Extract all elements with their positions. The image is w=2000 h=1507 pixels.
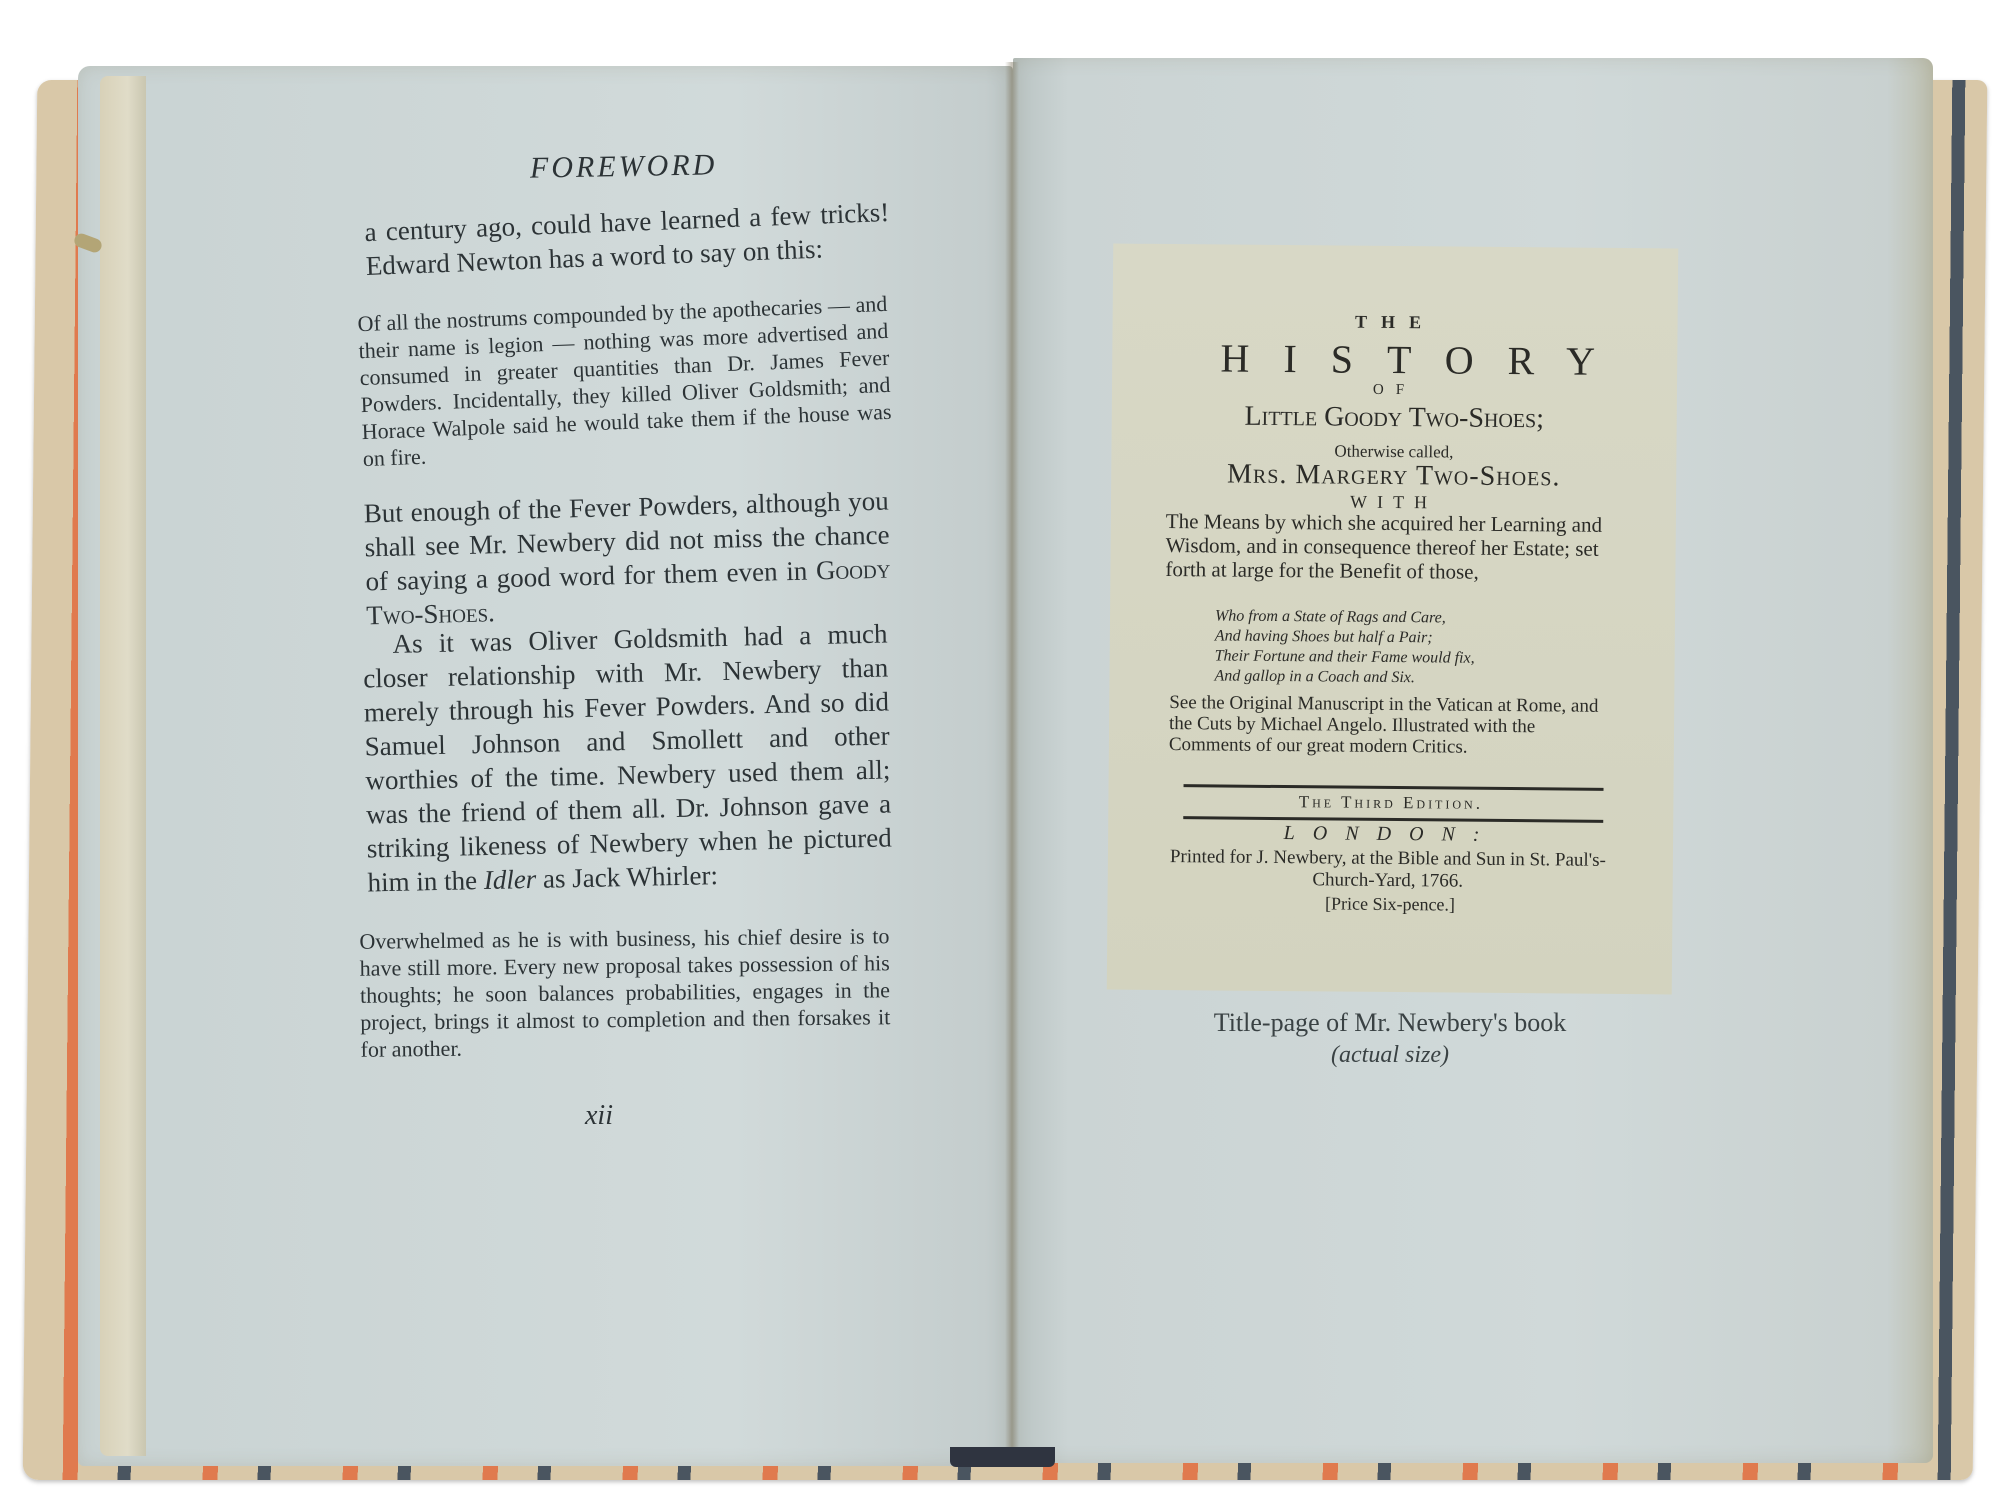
- block-quote: Of all the nostrums compounded by the ap…: [357, 290, 893, 472]
- fx-london: LONDON:: [1108, 821, 1673, 849]
- paragraph: As it was Oliver Goldsmith had a much cl…: [362, 617, 893, 900]
- block-quote: Overwhelmed as he is with business, his …: [359, 922, 890, 1063]
- spine: [950, 1447, 1055, 1467]
- gutter-shadow: [1005, 62, 1019, 1467]
- italic-title: Idler: [483, 864, 536, 895]
- page-number: xii: [585, 1100, 613, 1132]
- fx-price: [Price Six-pence.]: [1107, 892, 1672, 918]
- fx-goody: Little Goody Two-Shoes;: [1112, 400, 1677, 437]
- fx-verse: Who from a State of Rags and Care, And h…: [1214, 606, 1575, 689]
- running-head: FOREWORD: [530, 148, 718, 185]
- figure-caption: Title-page of Mr. Newbery's book: [1160, 1008, 1620, 1038]
- page-edge: [100, 76, 146, 1456]
- paragraph: But enough of the Fever Powders, althoug…: [363, 484, 891, 633]
- fx-margery: Mrs. Margery Two-Shoes.: [1111, 458, 1676, 495]
- paragraph-text: as Jack Whirler:: [536, 860, 718, 894]
- paragraph-text: As it was Oliver Goldsmith had a much cl…: [363, 619, 892, 898]
- fx-of: OF: [1112, 380, 1677, 402]
- paragraph-text: But enough of the Fever Powders, althoug…: [363, 486, 889, 597]
- fx-means: The Means by which she acquired her Lear…: [1165, 509, 1606, 585]
- figure-caption-note: (actual size): [1160, 1042, 1620, 1069]
- title-page-facsimile: THE HISTORY OF Little Goody Two-Shoes; O…: [1107, 244, 1678, 995]
- rule-divider: [1184, 784, 1604, 791]
- fx-the: THE: [1113, 310, 1678, 336]
- fx-printed: Printed for J. Newbery, at the Bible and…: [1168, 846, 1608, 894]
- fx-edition: The Third Edition.: [1108, 791, 1673, 816]
- fx-history: HISTORY: [1112, 334, 1707, 386]
- verse-line: And gallop in a Coach and Six.: [1214, 666, 1574, 689]
- fx-see: See the Original Manuscript in the Vatic…: [1169, 692, 1610, 759]
